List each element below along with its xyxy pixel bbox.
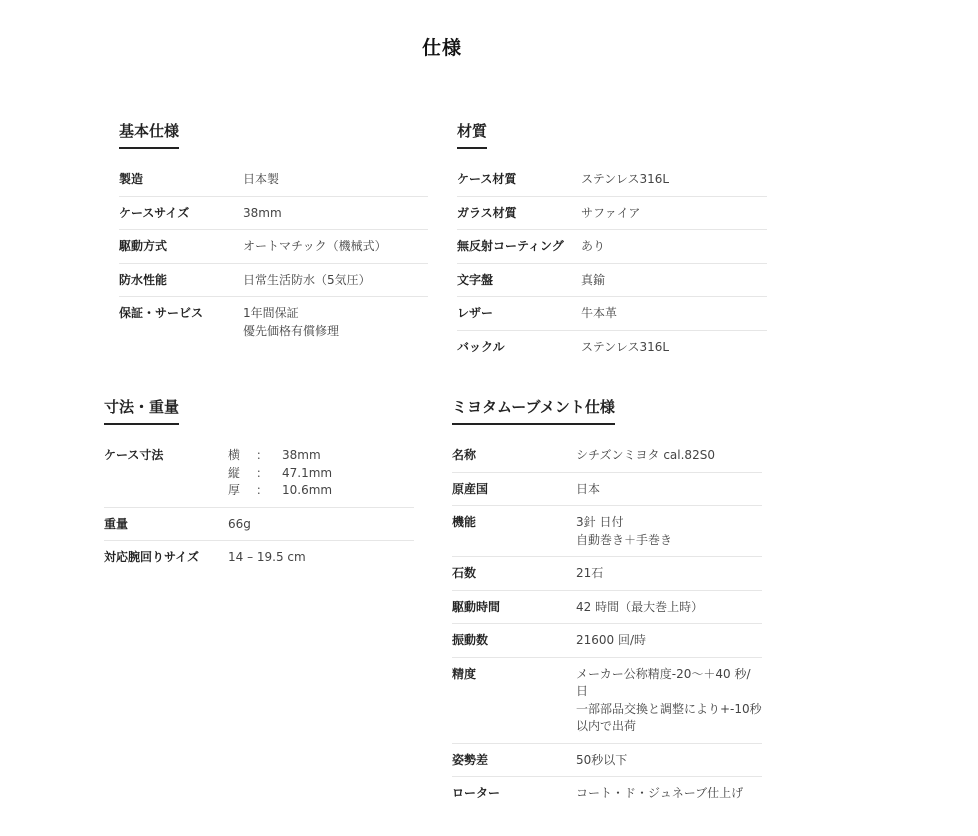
spec-row: 文字盤真鍮 — [457, 264, 767, 298]
spec-value-line: 日本 — [576, 481, 600, 499]
dimension-separator: ： — [256, 465, 282, 483]
dimension-value: 10.6mm — [282, 482, 332, 500]
dimension-line: 横：38mm — [228, 447, 332, 465]
spec-value: シチズンミヨタ cal.82S0 — [576, 447, 715, 465]
spec-value: ステンレス316L — [581, 339, 669, 357]
spec-label: 製造 — [119, 171, 243, 189]
spec-value-line: 優先価格有償修理 — [243, 323, 339, 341]
spec-value: 38mm — [243, 205, 282, 223]
spec-value-line: 日本製 — [243, 171, 279, 189]
spec-row: 対応腕回りサイズ14 – 19.5 cm — [104, 541, 414, 574]
spec-row: ローターコート・ド・ジュネーブ仕上げ — [452, 777, 762, 810]
spec-row: 精度メーカー公称精度-20～＋40 秒/日一部部品交換と調整により+-10秒以内… — [452, 658, 762, 744]
spec-label: 保証・サービス — [119, 305, 243, 340]
spec-value-line: 14 – 19.5 cm — [228, 549, 306, 567]
spec-label: レザー — [457, 305, 581, 323]
spec-row: ケース材質ステンレス316L — [457, 163, 767, 197]
spec-value: 21600 回/時 — [576, 632, 646, 650]
section-movement: ミヨタムーブメント仕様 名称シチズンミヨタ cal.82S0原産国日本機能3針 … — [452, 397, 762, 810]
spec-row: 石数21石 — [452, 557, 762, 591]
spec-row: 原産国日本 — [452, 473, 762, 507]
dimension-key: 横 — [228, 447, 256, 465]
section-dimensions: 寸法・重量 ケース寸法横：38mm縦：47.1mm厚：10.6mm重量66g対応… — [104, 397, 414, 574]
spec-value: メーカー公称精度-20～＋40 秒/日一部部品交換と調整により+-10秒以内で出… — [576, 666, 762, 736]
spec-label: ローター — [452, 785, 576, 803]
spec-row: 名称シチズンミヨタ cal.82S0 — [452, 439, 762, 473]
spec-row: 防水性能日常生活防水（5気圧） — [119, 264, 428, 298]
section-basic-specs: 基本仕様 製造日本製ケースサイズ38mm駆動方式オートマチック（機械式）防水性能… — [119, 121, 428, 347]
spec-label: ガラス材質 — [457, 205, 581, 223]
spec-value-line: 21石 — [576, 565, 603, 583]
spec-label: 原産国 — [452, 481, 576, 499]
spec-value: 42 時間（最大巻上時） — [576, 599, 703, 617]
spec-row: 駆動方式オートマチック（機械式） — [119, 230, 428, 264]
section-heading: 寸法・重量 — [104, 397, 179, 425]
spec-value: 牛本革 — [581, 305, 617, 323]
spec-value: 日本 — [576, 481, 600, 499]
spec-value-line: 38mm — [243, 205, 282, 223]
dimension-key: 縦 — [228, 465, 256, 483]
spec-value-line: 真鍮 — [581, 272, 605, 290]
spec-table: ケース寸法横：38mm縦：47.1mm厚：10.6mm重量66g対応腕回りサイズ… — [104, 439, 414, 574]
spec-value-line: オートマチック（機械式） — [243, 238, 387, 256]
spec-label: 対応腕回りサイズ — [104, 549, 228, 567]
spec-label: 振動数 — [452, 632, 576, 650]
spec-value-line: メーカー公称精度-20～＋40 秒/日 — [576, 666, 762, 701]
spec-value: 50秒以下 — [576, 752, 627, 770]
spec-value-line: 牛本革 — [581, 305, 617, 323]
section-heading: ミヨタムーブメント仕様 — [452, 397, 615, 425]
page-title: 仕様 — [0, 33, 884, 60]
spec-value-line: 以内で出荷 — [576, 718, 762, 736]
spec-row: 振動数21600 回/時 — [452, 624, 762, 658]
spec-value: サファイア — [581, 205, 640, 223]
spec-value: あり — [581, 238, 605, 256]
spec-row: 重量66g — [104, 508, 414, 542]
section-material: 材質 ケース材質ステンレス316Lガラス材質サファイア無反射コーティングあり文字… — [457, 121, 767, 363]
dimension-key: 厚 — [228, 482, 256, 500]
spec-label: 名称 — [452, 447, 576, 465]
spec-label: 姿勢差 — [452, 752, 576, 770]
section-heading: 基本仕様 — [119, 121, 179, 149]
spec-value: ステンレス316L — [581, 171, 669, 189]
spec-value-line: ステンレス316L — [581, 171, 669, 189]
spec-label: バックル — [457, 339, 581, 357]
spec-value: 21石 — [576, 565, 603, 583]
dimension-separator: ： — [256, 482, 282, 500]
spec-value: 1年間保証優先価格有償修理 — [243, 305, 339, 340]
spec-table: ケース材質ステンレス316Lガラス材質サファイア無反射コーティングあり文字盤真鍮… — [457, 163, 767, 363]
spec-value-line: 日常生活防水（5気圧） — [243, 272, 371, 290]
spec-row: バックルステンレス316L — [457, 331, 767, 364]
spec-value-line: あり — [581, 238, 605, 256]
dimension-line: 厚：10.6mm — [228, 482, 332, 500]
spec-value-line: 1年間保証 — [243, 305, 339, 323]
spec-value-line: 50秒以下 — [576, 752, 627, 770]
spec-row: 姿勢差50秒以下 — [452, 744, 762, 778]
dimension-value: 38mm — [282, 447, 321, 465]
spec-label: 重量 — [104, 516, 228, 534]
spec-table: 名称シチズンミヨタ cal.82S0原産国日本機能3針 日付自動巻き＋手巻き石数… — [452, 439, 762, 810]
spec-value-line: コート・ド・ジュネーブ仕上げ — [576, 785, 743, 803]
spec-value-line: サファイア — [581, 205, 640, 223]
spec-row: ケース寸法横：38mm縦：47.1mm厚：10.6mm — [104, 439, 414, 508]
spec-row: レザー牛本革 — [457, 297, 767, 331]
spec-value: 14 – 19.5 cm — [228, 549, 306, 567]
dimension-value: 47.1mm — [282, 465, 332, 483]
section-heading: 材質 — [457, 121, 487, 149]
spec-value-line: ステンレス316L — [581, 339, 669, 357]
spec-label: 文字盤 — [457, 272, 581, 290]
spec-value: 日本製 — [243, 171, 279, 189]
spec-value: 66g — [228, 516, 251, 534]
spec-row: 駆動時間42 時間（最大巻上時） — [452, 591, 762, 625]
spec-label: 機能 — [452, 514, 576, 549]
spec-row: 無反射コーティングあり — [457, 230, 767, 264]
spec-row: ガラス材質サファイア — [457, 197, 767, 231]
spec-row: 製造日本製 — [119, 163, 428, 197]
spec-label: 無反射コーティング — [457, 238, 581, 256]
spec-label: 石数 — [452, 565, 576, 583]
spec-label: 精度 — [452, 666, 576, 736]
spec-value-line: 42 時間（最大巻上時） — [576, 599, 703, 617]
spec-value-line: シチズンミヨタ cal.82S0 — [576, 447, 715, 465]
spec-table: 製造日本製ケースサイズ38mm駆動方式オートマチック（機械式）防水性能日常生活防… — [119, 163, 428, 347]
spec-value: オートマチック（機械式） — [243, 238, 387, 256]
dimension-line: 縦：47.1mm — [228, 465, 332, 483]
spec-value: 日常生活防水（5気圧） — [243, 272, 371, 290]
dimension-separator: ： — [256, 447, 282, 465]
spec-value-line: 自動巻き＋手巻き — [576, 532, 672, 550]
spec-label: 防水性能 — [119, 272, 243, 290]
spec-value: コート・ド・ジュネーブ仕上げ — [576, 785, 743, 803]
spec-label: ケース寸法 — [104, 447, 228, 500]
spec-row: 保証・サービス1年間保証優先価格有償修理 — [119, 297, 428, 347]
spec-row: ケースサイズ38mm — [119, 197, 428, 231]
spec-value: 横：38mm縦：47.1mm厚：10.6mm — [228, 447, 332, 500]
spec-value-line: 21600 回/時 — [576, 632, 646, 650]
spec-value-line: 66g — [228, 516, 251, 534]
spec-label: 駆動方式 — [119, 238, 243, 256]
spec-value: 3針 日付自動巻き＋手巻き — [576, 514, 672, 549]
spec-label: 駆動時間 — [452, 599, 576, 617]
spec-label: ケース材質 — [457, 171, 581, 189]
spec-value: 真鍮 — [581, 272, 605, 290]
spec-value-line: 一部部品交換と調整により+-10秒 — [576, 701, 762, 719]
spec-label: ケースサイズ — [119, 205, 243, 223]
spec-row: 機能3針 日付自動巻き＋手巻き — [452, 506, 762, 557]
spec-value-line: 3針 日付 — [576, 514, 672, 532]
